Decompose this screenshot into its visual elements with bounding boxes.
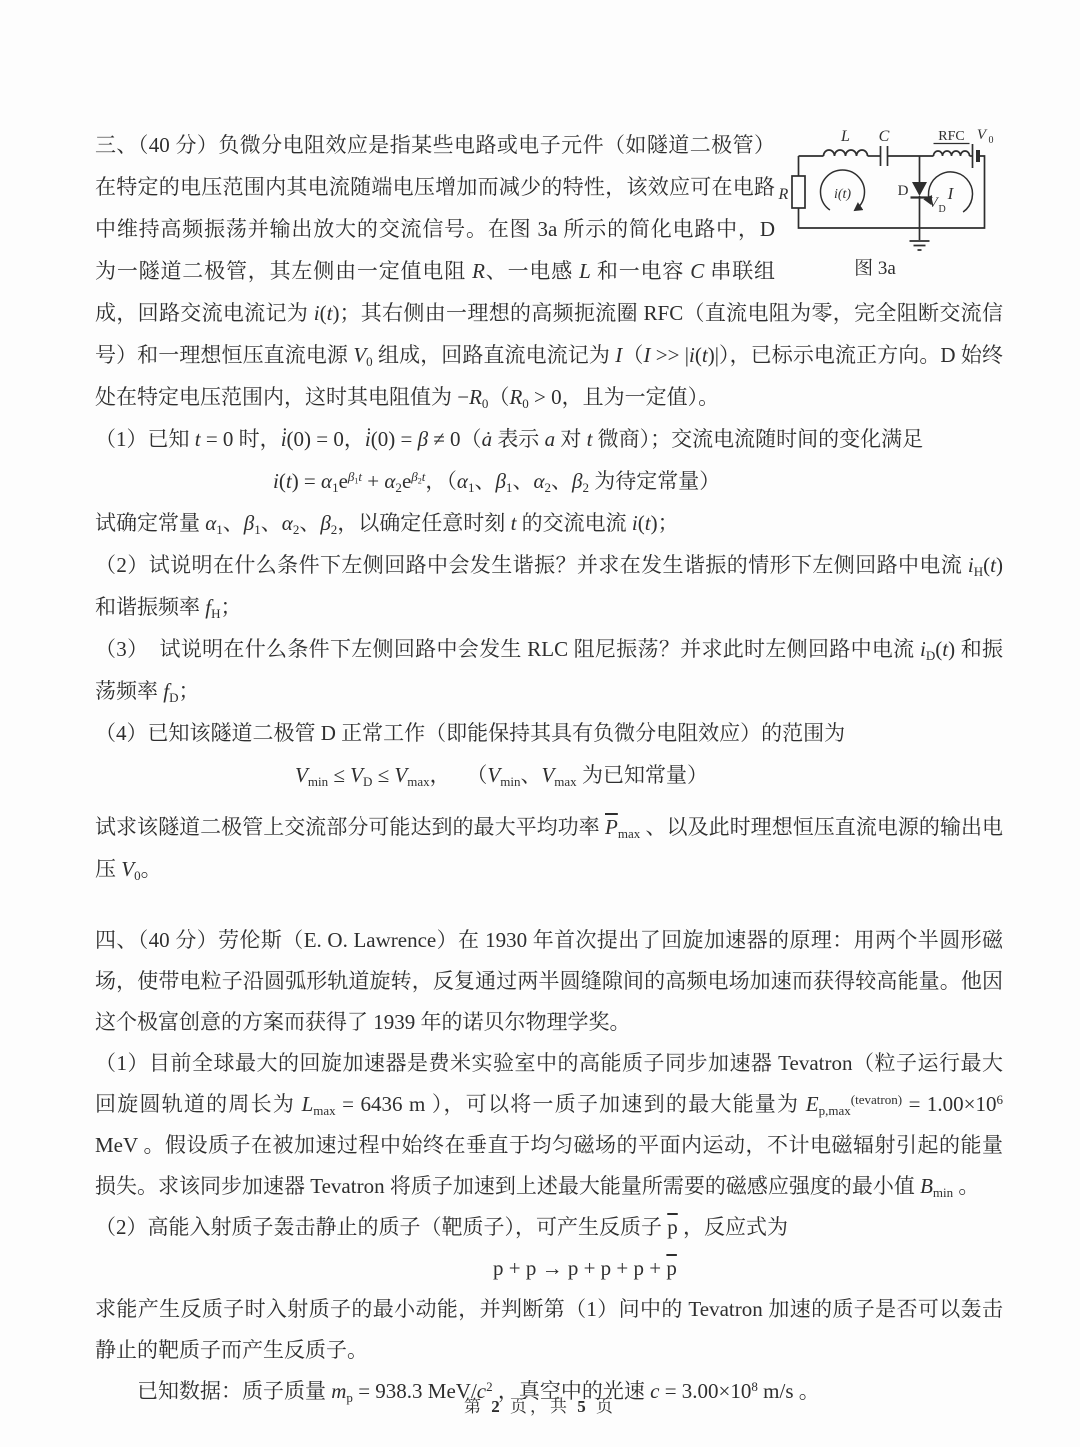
rfc-label: RFC — [938, 129, 964, 144]
problem3-part4-question: 试求该隧道二极管上交流部分可能达到的最大平均功率 Pmax 、以及此时理想恒压直… — [95, 806, 1003, 890]
figure-3a: L C RFC V 0 R i(t) I D V D 图 3a — [775, 124, 1003, 282]
capacitor-symbol — [881, 146, 888, 166]
problem-4-section: 四、（40 分）劳伦斯（E. O. Lawrence）在 1930 年首次提出了… — [95, 920, 1003, 1412]
problem3-part3-paragraph: （3） 试说明在什么条件下左侧回路中会发生 RLC 阻尼振荡？并求此时左侧回路中… — [95, 628, 1003, 712]
problem4-intro-paragraph: 四、（40 分）劳伦斯（E. O. Lawrence）在 1930 年首次提出了… — [95, 920, 1003, 1043]
source-voltage-label: V — [977, 127, 988, 143]
problem3-current-formula: i(t) = α1eβ1t + α2eβ2t，（α1、β1、α2、β2 为待定常… — [95, 460, 1003, 502]
problem4-reaction-formula: p + p → p + p + p + p — [95, 1248, 1003, 1289]
problem4-part1-paragraph: （1）目前全球最大的回旋加速器是费米实验室中的高能质子同步加速器 Tevatro… — [95, 1043, 1003, 1207]
problem4-part2-question: 求能产生反质子时入射质子的最小动能，并判断第（1）问中的 Tevatron 加速… — [95, 1289, 1003, 1371]
problem3-part4-paragraph: （4）已知该隧道二极管 D 正常工作（即能保持其具有负微分电阻效应）的范围为 — [95, 712, 1003, 754]
problem3-part1-question: 试确定常量 α1、β1、α2、β2，以确定任意时刻 t 的交流电流 i(t)； — [95, 502, 1003, 544]
source-voltage-subscript: 0 — [989, 135, 994, 146]
exam-page: { "page": { "footer_html": "第 <b>2</b> 页… — [0, 0, 1080, 1447]
inductor-label: L — [840, 128, 850, 145]
page-content: L C RFC V 0 R i(t) I D V D 图 3a 三、（40 分）… — [95, 124, 1003, 1412]
problem3-part1-paragraph: （1）已知 t = 0 时，i̇(0) = 0，i̇(0) = β ≠ 0（ȧ… — [95, 418, 1003, 460]
page-footer: 第 2 页，共 5 页 — [0, 1392, 1080, 1417]
diode-symbol — [912, 182, 927, 196]
diode-voltage-subscript: D — [939, 204, 946, 215]
problem4-part2-paragraph: （2）高能入射质子轰击静止的质子（靶质子），可产生反质子 p ，反应式为 — [95, 1207, 1003, 1248]
diode-label: D — [898, 183, 909, 199]
circuit-diagram: L C RFC V 0 R i(t) I D V D — [775, 124, 1003, 256]
circuit-wires — [792, 144, 985, 251]
resistor-symbol — [792, 176, 805, 208]
problem3-voltage-range-formula: Vmin ≤ VD ≤ Vmax， （Vmin、Vmax 为已知常量） — [95, 754, 1003, 796]
problem3-part2-paragraph: （2）试说明在什么条件下左侧回路中会发生谐振？并求在发生谐振的情形下左侧回路中电… — [95, 544, 1003, 628]
right-loop-current-label: I — [947, 184, 955, 203]
rfc-choke-symbol — [934, 151, 970, 156]
left-loop-current-label: i(t) — [834, 187, 851, 202]
problem-3-section: L C RFC V 0 R i(t) I D V D 图 3a 三、（40 分）… — [95, 124, 1003, 890]
figure-caption: 图 3a — [775, 256, 1003, 282]
outer-wire — [799, 156, 985, 228]
ground-icon — [910, 241, 930, 250]
inductor-symbol — [824, 150, 868, 156]
resistor-label: R — [778, 186, 789, 203]
capacitor-label: C — [879, 128, 890, 145]
